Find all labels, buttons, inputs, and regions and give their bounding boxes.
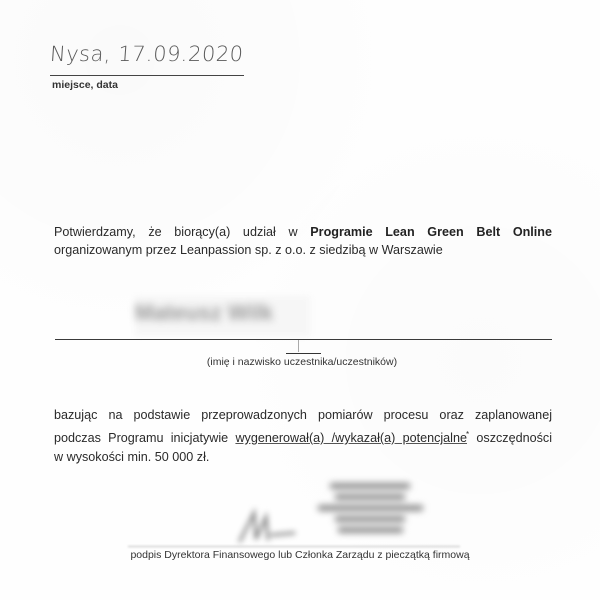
savings-line-2-suffix: oszczędności (469, 431, 552, 445)
name-tick-mark (298, 340, 299, 352)
name-short-line (286, 353, 321, 354)
place-date-line (50, 75, 244, 76)
signature-line (128, 546, 460, 547)
signature-label: podpis Dyrektora Finansowego lub Członka… (0, 549, 600, 561)
savings-line-1: bazując na podstawie przeprowadzonych po… (54, 406, 552, 425)
participant-name-label-text: (imię i nazwisko uczestnika/uczestników) (203, 356, 397, 368)
place-date-handwritten: Nysa, 17.09.2020 (49, 42, 251, 66)
participant-name-label: (imię i nazwisko uczestnika/uczestników) (0, 356, 600, 368)
savings-paragraph: bazując na podstawie przeprowadzonych po… (54, 406, 552, 467)
signature-scribble-icon (232, 505, 302, 545)
participant-name-line (55, 339, 552, 340)
confirmation-line-2: organizowanym przez Leanpassion sp. z o.… (54, 243, 443, 257)
company-stamp-redacted (315, 483, 425, 545)
document-page: Nysa, 17.09.2020 miejsce, data Potwierdz… (0, 0, 600, 600)
confirmation-prefix: Potwierdzamy, że biorący(a) udział w (54, 225, 310, 239)
confirmation-paragraph: Potwierdzamy, że biorący(a) udział w Pro… (54, 223, 552, 259)
participant-name-redacted: Mateusz Wilk (135, 300, 315, 334)
savings-line-2-prefix: podczas Programu inicjatywie (54, 431, 235, 445)
savings-underlined-options: wygenerował(a) /wykazał(a) potencjalne (235, 431, 467, 445)
savings-line-2: podczas Programu inicjatywie wygenerował… (54, 425, 552, 448)
confirmation-line-1: Potwierdzamy, że biorący(a) udział w Pro… (54, 223, 552, 241)
savings-line-3: w wysokości min. 50 000 zł. (54, 450, 209, 464)
place-date-label: miejsce, data (52, 79, 118, 91)
program-name: Programie Lean Green Belt Online (310, 225, 552, 239)
